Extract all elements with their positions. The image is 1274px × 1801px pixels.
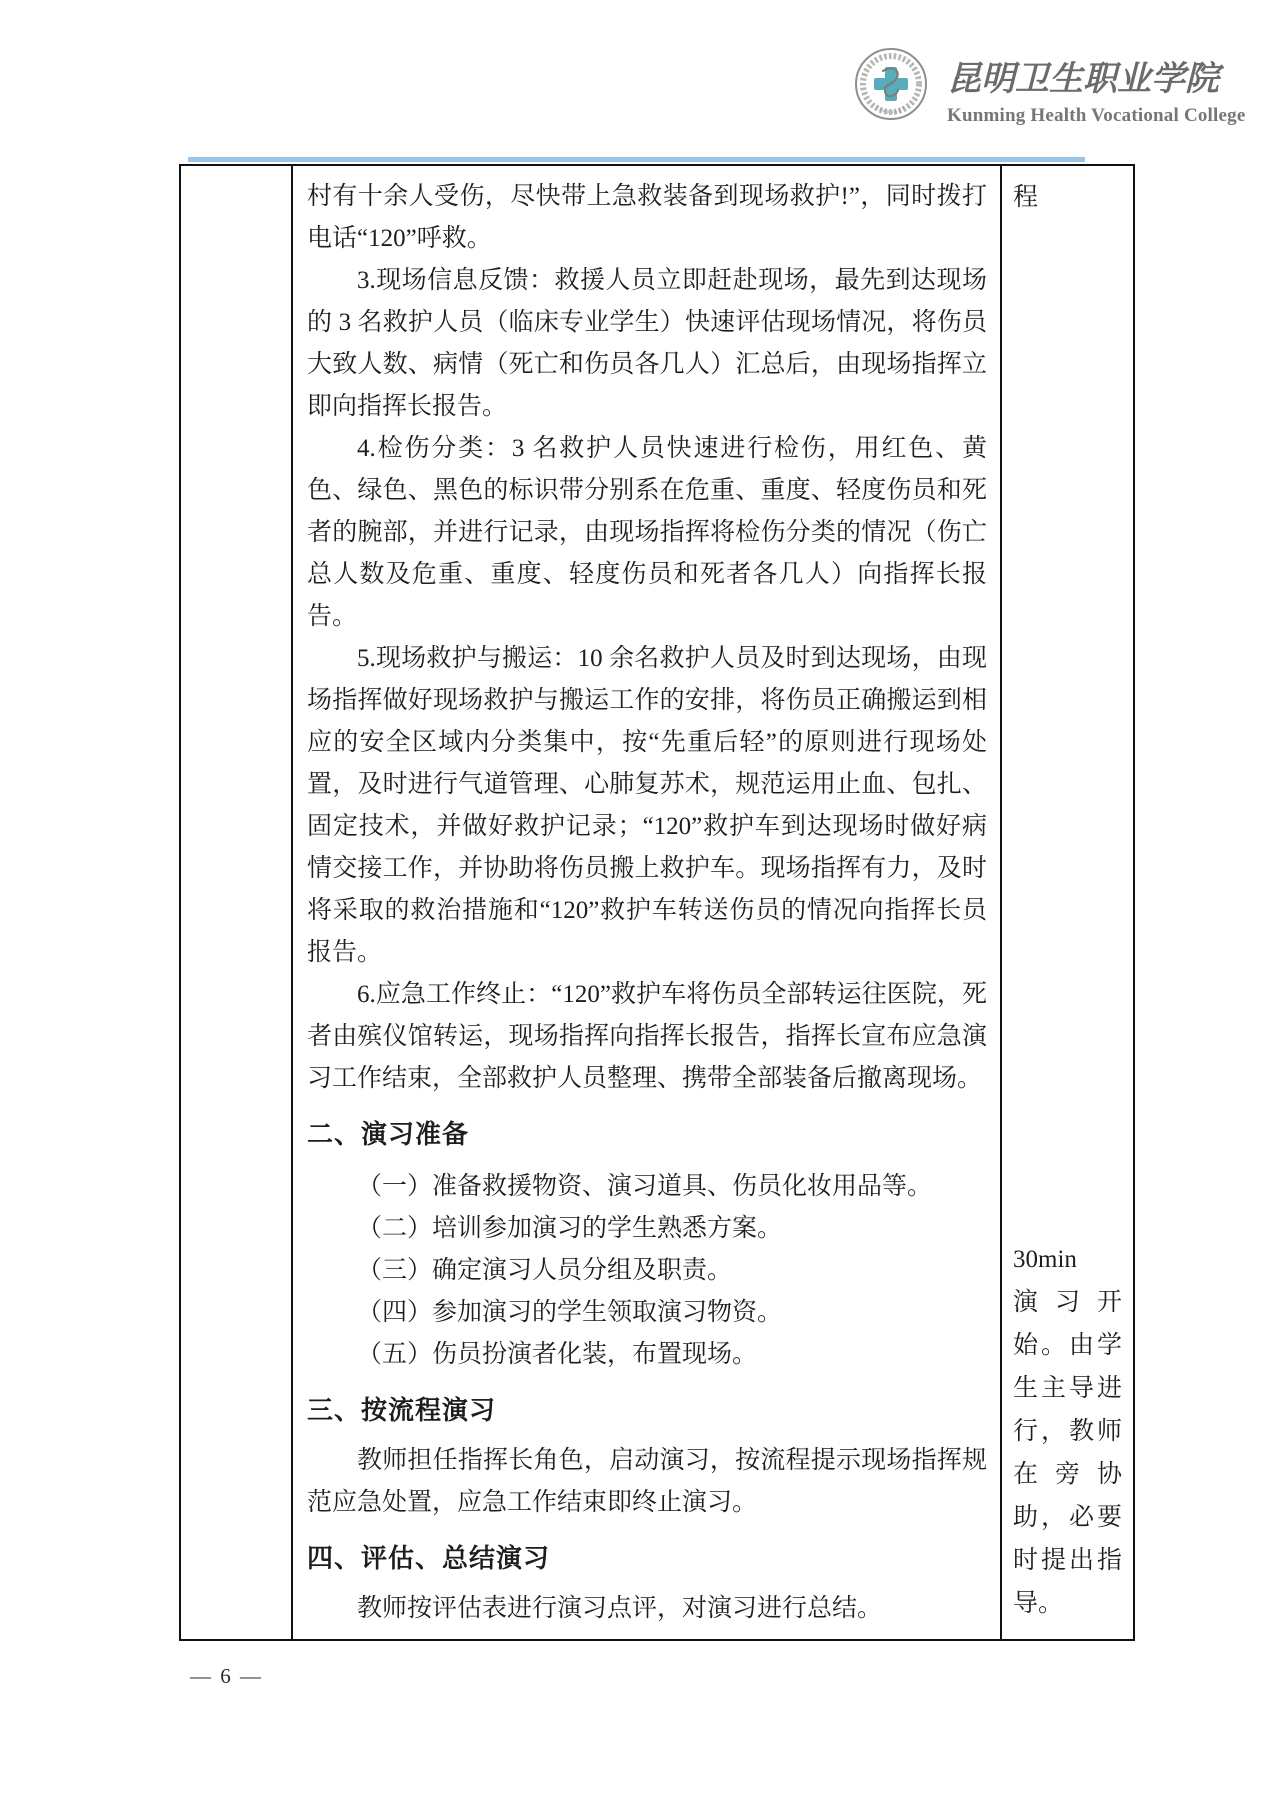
paragraph-section4: 教师按评估表进行演习点评，对演习进行总结。 (307, 1588, 987, 1630)
paragraph-step4: 4.检伤分类：3 名救护人员快速进行检伤，用红色、黄色、绿色、黑色的标识带分别系… (307, 428, 987, 638)
notes-duration: 30min (1013, 1238, 1122, 1281)
college-name-en: Kunming Health Vocational College (947, 104, 1245, 128)
table-left-empty-column (181, 166, 293, 1639)
document-page: 昆明卫生职业学院 Kunming Health Vocational Colle… (0, 0, 1274, 1801)
notes-duration-block: 30min 演习开始。由学生主导进行，教师在旁协助，必要时提出指导。 (1013, 1238, 1122, 1625)
college-logo: 昆明卫生职业学院 Kunming Health Vocational Colle… (853, 46, 1245, 128)
paragraph-step3: 3.现场信息反馈：救援人员立即赶赴现场，最先到达现场的 3 名救护人员（临床专业… (307, 260, 987, 428)
list-item: （三）确定演习人员分组及职责。 (307, 1250, 987, 1292)
table-notes-column: 程 30min 演习开始。由学生主导进行，教师在旁协助，必要时提出指导。 (1002, 166, 1133, 1639)
notes-text: 演习开始。由学生主导进行，教师在旁协助，必要时提出指导。 (1013, 1281, 1122, 1625)
table-main-content-column: 村有十余人受伤，尽快带上急救装备到现场救护!”，同时拨打电话“120”呼救。 3… (293, 166, 1002, 1639)
paragraph-step6: 6.应急工作终止：“120”救护车将伤员全部转运往医院，死者由殡仪馆转运，现场指… (307, 974, 987, 1100)
list-item: （四）参加演习的学生领取演习物资。 (307, 1292, 987, 1334)
list-item: （五）伤员扮演者化装，布置现场。 (307, 1334, 987, 1376)
section-heading-3: 三、按流程演习 (307, 1388, 987, 1432)
paragraph-step5: 5.现场救护与搬运：10 余名救护人员及时到达现场，由现场指挥做好现场救护与搬运… (307, 638, 987, 974)
paragraph-continuation: 村有十余人受伤，尽快带上急救装备到现场救护!”，同时拨打电话“120”呼救。 (307, 176, 987, 260)
college-name-zh: 昆明卫生职业学院 (947, 58, 1245, 102)
section-heading-4: 四、评估、总结演习 (307, 1536, 987, 1580)
lesson-plan-table: 村有十余人受伤，尽快带上急救装备到现场救护!”，同时拨打电话“120”呼救。 3… (179, 164, 1135, 1641)
college-logo-text: 昆明卫生职业学院 Kunming Health Vocational Colle… (947, 46, 1245, 128)
section-heading-2: 二、演习准备 (307, 1112, 987, 1156)
table-top-accent-rule (188, 157, 1085, 162)
list-item: （一）准备救援物资、演习道具、伤员化妆用品等。 (307, 1166, 987, 1208)
page-number: — 6 — (190, 1664, 263, 1689)
notes-carryover-text: 程 (1013, 176, 1122, 220)
paragraph-section3: 教师担任指挥长角色，启动演习，按流程提示现场指挥规范应急处置，应急工作结束即终止… (307, 1440, 987, 1524)
college-seal-icon (853, 46, 929, 122)
list-item: （二）培训参加演习的学生熟悉方案。 (307, 1208, 987, 1250)
preparation-list: （一）准备救援物资、演习道具、伤员化妆用品等。 （二）培训参加演习的学生熟悉方案… (307, 1166, 987, 1376)
